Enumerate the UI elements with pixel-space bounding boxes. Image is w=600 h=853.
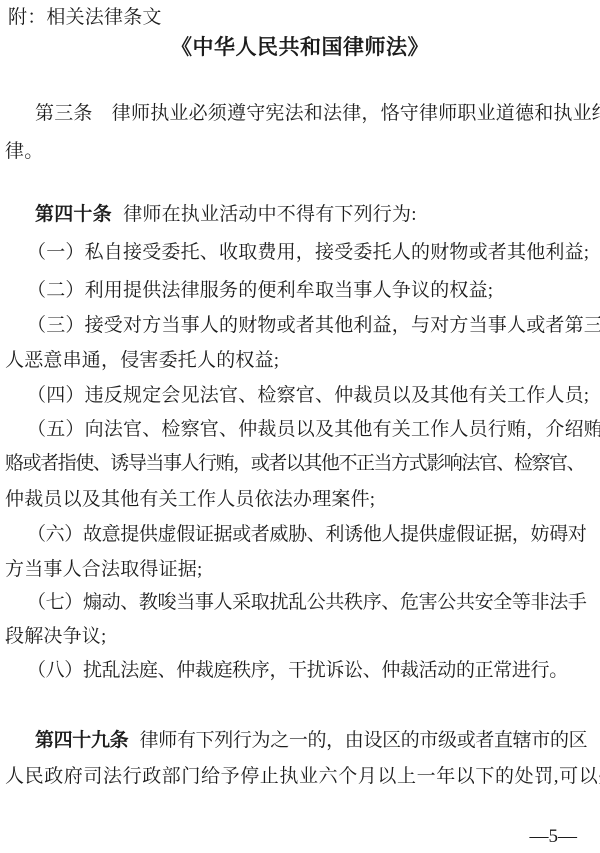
article-40-heading: 第四十条律师在执业活动中不得有下列行为:: [5, 205, 417, 224]
article-40-item-1: （一）私自接受委托、收取费用，接受委托人的财物或者其他利益;: [5, 243, 589, 262]
article-49-line-2: 人民政府司法行政部门给予停止执业六个月以上一年以下的处罚,可以处: [5, 767, 600, 786]
article-49-line-1: 第四十九条律师有下列行为之一的，由设区的市级或者直辖市的区: [5, 731, 587, 750]
document-page: 附：相关法律条文 《中华人民共和国律师法》 第三条 律师执业必须遵守宪法和法律，…: [0, 0, 600, 853]
article-40-item-3-line-1: （三）接受对方当事人的财物或者其他利益，与对方当事人或者第三: [5, 316, 600, 335]
article-40-item-7-line-2: 段解决争议;: [5, 627, 106, 646]
article-40-item-4: （四）违反规定会见法官、检察官、仲裁员以及其他有关工作人员;: [5, 386, 589, 405]
article-3-line-2: 律。: [5, 142, 43, 161]
article-40-number: 第四十条: [35, 204, 112, 225]
article-40-item-6-line-1: （六）故意提供虚假证据或者威胁、利诱他人提供虚假证据，妨碍对: [5, 525, 587, 544]
article-40-item-5-line-3: 仲裁员以及其他有关工作人员依法办理案件;: [5, 490, 375, 509]
article-40-item-2: （二）利用提供法律服务的便利牟取当事人争议的权益;: [5, 281, 493, 300]
article-40-item-5-line-2: 赂或者指使、诱导当事人行贿，或者以其他不正当方式影响法官、检察官、: [5, 454, 584, 473]
article-40-intro: 律师在执业活动中不得有下列行为:: [123, 204, 416, 225]
article-40-item-6-line-2: 方当事人合法取得证据;: [5, 560, 202, 579]
article-40-item-5-line-1: （五）向法官、检察官、仲裁员以及其他有关工作人员行贿，介绍贿: [5, 420, 600, 439]
article-40-item-3-line-2: 人恶意串通，侵害委托人的权益;: [5, 351, 279, 370]
article-49-number: 第四十九条: [35, 730, 128, 751]
attachment-note: 附：相关法律条文: [8, 8, 162, 27]
article-49-intro: 律师有下列行为之一的，由设区的市级或者直辖市的区: [140, 730, 588, 751]
page-number: —5—: [530, 827, 578, 846]
law-title: 《中华人民共和国律师法》: [0, 37, 600, 58]
article-40-item-8: （八）扰乱法庭、仲裁庭秩序，干扰诉讼、仲裁活动的正常进行。: [5, 661, 568, 680]
article-40-item-7-line-1: （七）煽动、教唆当事人采取扰乱公共秩序、危害公共安全等非法手: [5, 593, 587, 612]
article-3-line-1: 第三条 律师执业必须遵守宪法和法律，恪守律师职业道德和执业纪: [5, 104, 600, 123]
